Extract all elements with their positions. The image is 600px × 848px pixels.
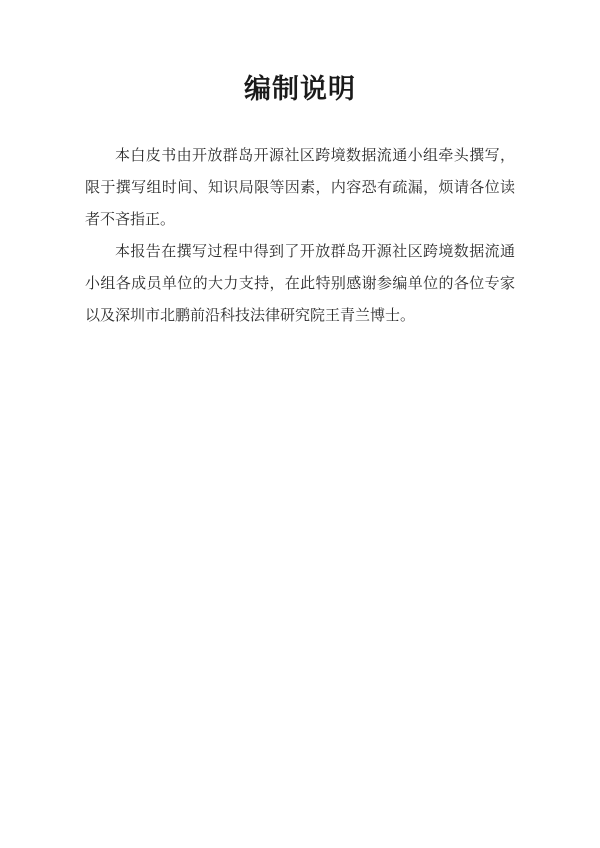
page-title: 编制说明 [85, 74, 515, 104]
paragraph: 本白皮书由开放群岛开源社区跨境数据流通小组牵头撰写，限于撰写组时间、知识局限等因… [85, 140, 515, 236]
document-page: 编制说明 本白皮书由开放群岛开源社区跨境数据流通小组牵头撰写，限于撰写组时间、知… [0, 0, 600, 848]
paragraph: 本报告在撰写过程中得到了开放群岛开源社区跨境数据流通小组各成员单位的大力支持，在… [85, 236, 515, 332]
document-body: 本白皮书由开放群岛开源社区跨境数据流通小组牵头撰写，限于撰写组时间、知识局限等因… [85, 140, 515, 332]
